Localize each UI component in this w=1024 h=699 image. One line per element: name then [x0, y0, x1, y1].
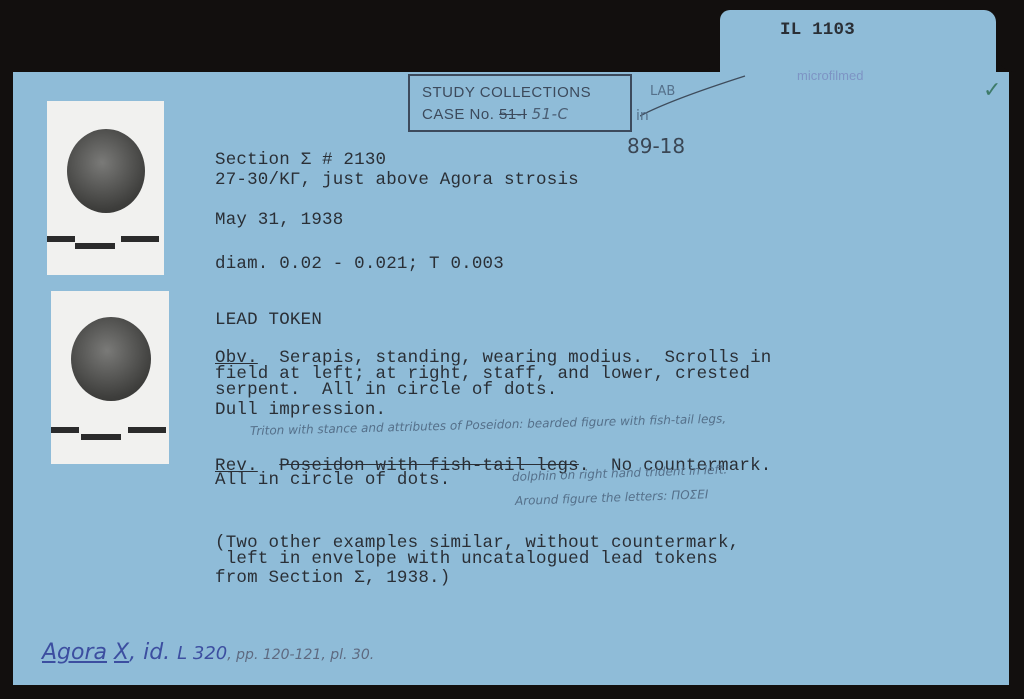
publication-catalog: L 320 — [177, 643, 227, 664]
reverse-line-2: All in circle of dots. — [215, 472, 450, 490]
scale-bar — [51, 427, 79, 433]
catalog-number: IL 1103 — [780, 22, 855, 40]
ref-mark: in — [636, 108, 649, 124]
note-line-3: from Section Σ, 1938.) — [215, 570, 450, 588]
date-line: May 31, 1938 — [215, 212, 343, 230]
ref-number: 89-18 — [627, 134, 685, 158]
publication-volume: X — [114, 640, 129, 665]
scale-bar — [81, 434, 121, 440]
study-collections-stamp: STUDY COLLECTIONS CASE No. 51-I 51-C — [408, 74, 632, 132]
publication-reference: Agora X, id. L 320, pp. 120-121, pl. 30. — [42, 640, 374, 665]
location-line: 27-30/KΓ, just above Agora strosis — [215, 172, 579, 190]
stamp-case-line: CASE No. 51-I 51-C — [422, 105, 569, 123]
note-line-2: left in envelope with uncatalogued lead … — [215, 551, 718, 569]
scale-bar — [128, 427, 166, 433]
publication-id: , id. — [129, 640, 170, 665]
case-number-current: 51-C — [532, 105, 569, 123]
scale-bar — [121, 236, 159, 242]
obverse-line-3: serpent. All in circle of dots. — [215, 382, 557, 400]
scale-bar — [47, 236, 75, 242]
tab-notch-left — [690, 30, 720, 72]
publication-series: Agora — [42, 640, 107, 665]
check-mark-icon: ✓ — [983, 78, 1001, 103]
reverse-photo — [51, 291, 169, 464]
publication-pages: , pp. 120-121, pl. 30. — [227, 647, 374, 663]
case-label: CASE No. — [422, 106, 494, 123]
section-line: Section Σ # 2130 — [215, 152, 386, 170]
tab-notch-right — [996, 0, 1024, 72]
scale-bar — [75, 243, 115, 249]
obverse-line-4: Dull impression. — [215, 402, 386, 420]
coin-reverse-image — [71, 317, 151, 401]
stamp-title: STUDY COLLECTIONS — [422, 84, 591, 101]
case-number-struck: 51-I — [499, 106, 527, 123]
microfilmed-stamp: microfilmed — [797, 68, 863, 83]
dimensions-line: diam. 0.02 - 0.021; T 0.003 — [215, 256, 504, 274]
obverse-photo — [47, 101, 164, 275]
coin-obverse-image — [67, 129, 145, 213]
object-type: LEAD TOKEN — [215, 312, 322, 330]
pointer-line-icon — [640, 72, 750, 122]
